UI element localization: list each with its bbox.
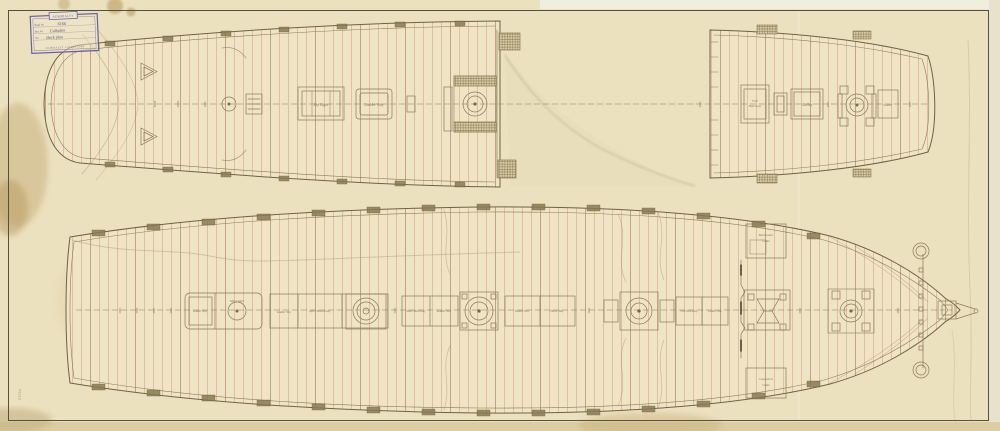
- svg-text:Ladder Way: Ladder Way: [514, 309, 530, 313]
- fore-hatch-label: Fore: [751, 99, 759, 103]
- gangway-grating: [498, 160, 516, 178]
- galley-label: Galley: [802, 102, 813, 107]
- carpenters-cabin-label: Carpenters: [759, 377, 774, 381]
- svg-text:Cabin: Cabin: [762, 239, 770, 243]
- svg-text:Ladder Way: Ladder Way: [436, 309, 452, 313]
- svg-text:Deck plan: Deck plan: [45, 34, 63, 40]
- svg-text:Culloden: Culloden: [50, 28, 66, 34]
- mizen-mast-label: Mizen Mast: [229, 299, 244, 303]
- gangway-grating: [499, 33, 520, 50]
- svg-text:Hatchway: Hatchway: [748, 104, 763, 108]
- svg-text:Ladder Way: Ladder Way: [276, 310, 292, 314]
- main-hatchway-label: Main Hatchway: [405, 309, 426, 313]
- stamp-row-value: 6166: [57, 21, 66, 26]
- svg-text:Hatch Way: Hatch Way: [549, 309, 564, 313]
- quarterdeck-forecastle-plan: Sky Light Ladder Way Fore Hatchway Galle…: [44, 21, 938, 187]
- plan-drawing: Sky Light Ladder Way Fore Hatchway Galle…: [0, 0, 1000, 431]
- fore-hatchway-label: Fore Hatchway: [679, 310, 698, 313]
- svg-text:Box No: Box No: [35, 30, 44, 33]
- archive-stamp: ADMIRALTY Regd No 6166 Box No Culloden S…: [30, 11, 99, 54]
- after-hatchway-label: After Hatchway: [308, 309, 331, 313]
- ladder-label: Ladder Way: [192, 309, 208, 313]
- skylight-label: Sky Light: [314, 102, 330, 107]
- fore-ladder-label: Ladder: [882, 103, 893, 107]
- stamp-row-label: Regd No: [35, 23, 45, 26]
- ship-plan-sheet: Sky Light Ladder Way Fore Hatchway Galle…: [0, 0, 1000, 431]
- shelf-number: 6166a: [17, 389, 22, 400]
- boatswains-cabin-label: Boatswains: [759, 233, 774, 237]
- svg-text:Cabin: Cabin: [762, 383, 770, 387]
- companion-label: Ladder Way: [363, 102, 384, 107]
- svg-text:Ladder Way: Ladder Way: [707, 310, 722, 313]
